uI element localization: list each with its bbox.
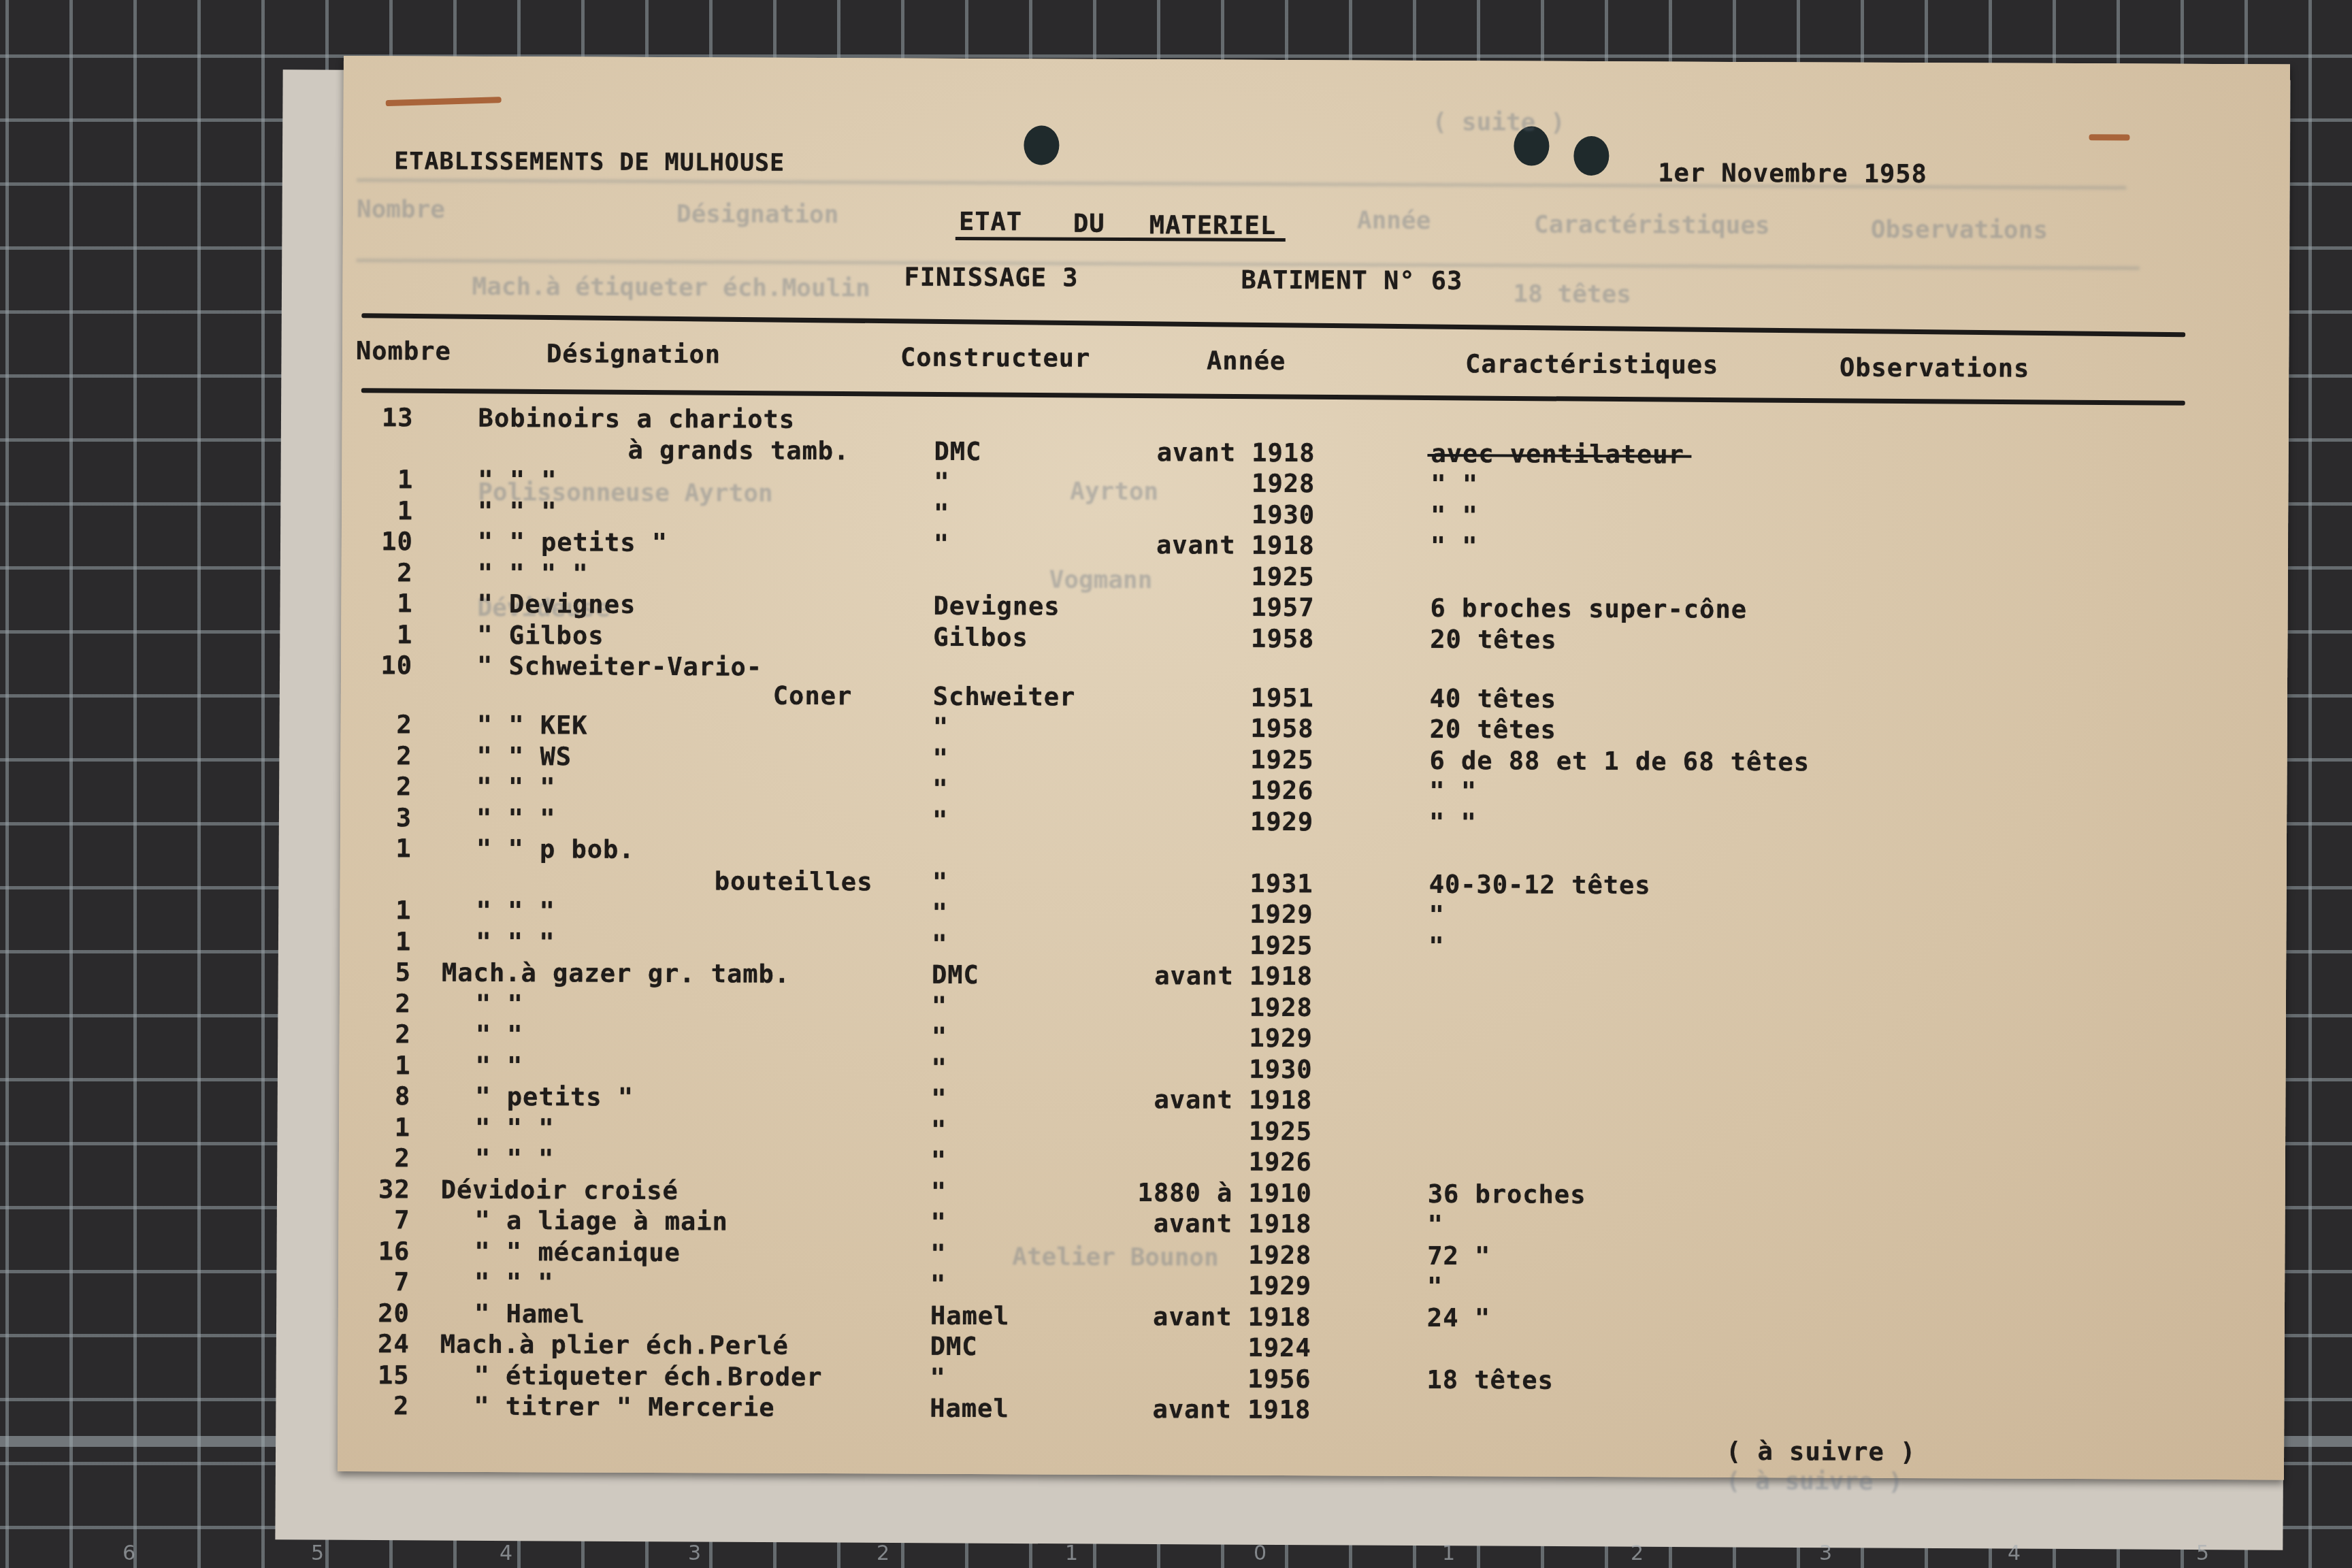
cell-designation: " " [476,989,523,1018]
cell-caracteristiques: 20 têtes [1430,715,1556,745]
cell-nombre: 10 [378,651,412,680]
cell-caracteristiques: " " [1431,500,1478,529]
cell-nombre: 1 [376,1113,410,1142]
table-row: 20" HamelHamelavant 191824 " [344,56,2290,64]
cell-designation: " " " [476,896,555,926]
table-row: 32Dévidoir croisé"1880 à 191036 broches [344,56,2290,64]
table-row: 8" petits ""avant 1918 [344,56,2290,64]
cell-caracteristiques: " " [1429,807,1477,836]
cell-constructeur: " [932,1022,947,1051]
table-row: 10" " petits ""avant 1918" " [344,56,2290,64]
table-row: bouteilles"193140-30-12 têtes [344,56,2290,64]
cell-constructeur: " [932,929,947,958]
continued-footer: ( à suivre ) [1726,1437,1916,1467]
table-row: 1" " ""1925" [344,56,2290,64]
cell-constructeur: Hamel [930,1301,1010,1330]
mat-scale-number: 0 [1254,1541,1267,1565]
cell-constructeur: " [931,1084,947,1113]
bleed-through-header: Désignation [676,200,839,229]
table-row: 1" " ""1928" " [344,56,2290,64]
cell-nombre: 32 [376,1175,410,1204]
cell-nombre: 8 [376,1081,410,1111]
document-title-word: DU [1073,209,1105,238]
cell-nombre: 7 [376,1267,410,1296]
mat-scale-number: 5 [2196,1541,2209,1565]
cell-caracteristiques: 72 " [1427,1241,1490,1270]
cell-nombre: 5 [377,958,411,987]
cell-caracteristiques: " " [1431,532,1478,561]
table-row: 2" " " "1925 [344,56,2290,64]
cell-annee: 1930 [1026,1053,1312,1084]
cell-nombre: 1 [378,834,412,863]
cell-constructeur: Gilbos [933,622,1028,652]
table-row: 15" étiqueter éch.Broder"195618 têtes [344,56,2290,64]
table-row: 2" " ""1926" " [344,56,2290,64]
mat-scale-number: 1 [1065,1541,1078,1565]
cell-annee: 1880 à 1910 [1026,1177,1312,1208]
cell-nombre: 2 [378,741,412,770]
cell-designation: " " " [478,496,557,526]
cell-caracteristiques: " " [1431,470,1478,499]
cell-designation: " Schweiter-Vario- [477,651,762,682]
bleed-through-header: Caractéristiques [1534,211,1770,240]
cell-annee: avant 1918 [1027,960,1313,991]
bleed-through-footer: ( à suivre ) [1726,1467,1903,1496]
cell-designation: " " " [476,772,556,802]
cell-nombre: 2 [378,710,412,739]
cell-annee: avant 1918 [1026,1208,1311,1239]
cell-nombre: 1 [376,1051,410,1080]
cell-nombre: 20 [376,1298,410,1328]
cell-nombre: 2 [376,1143,410,1173]
cell-caracteristiques: 20 têtes [1430,624,1556,654]
bleed-through-header: Nombre [357,195,445,224]
cell-annee: 1957 [1028,591,1314,622]
mat-scale-number: 5 [311,1541,324,1565]
cell-nombre: 2 [377,1019,411,1049]
cell-designation: " " " [475,1113,555,1143]
cell-designation: " " " [476,927,555,957]
table-row: 2" ""1929 [344,56,2290,64]
cell-nombre: 1 [377,896,411,925]
cell-caracteristiques: 24 " [1427,1303,1490,1332]
cell-annee: avant 1918 [1029,529,1315,560]
column-header: Observations [1840,353,2029,383]
cell-nombre: 1 [377,927,411,956]
cell-nombre: 1 [378,589,412,618]
mat-scale-number: 2 [877,1541,889,1565]
cell-constructeur: Hamel [930,1394,1009,1424]
cell-nombre: 2 [377,989,411,1018]
mat-scale-number: 3 [688,1541,701,1565]
column-header: Constructeur [900,343,1090,373]
table-row: 10" Schweiter-Vario- [344,56,2290,64]
cell-constructeur: " [932,743,948,772]
table-row: 16" " mécanique"192872 " [344,56,2290,64]
cell-nombre: 24 [376,1329,410,1358]
cell-designation: " " p bob. [476,834,635,864]
cell-annee: 1925 [1026,1115,1312,1146]
bleed-through-text: ( suite ) [1433,108,1565,137]
title-underline [955,237,1286,242]
table-row: 1" DevignesDevignes19576 broches super-c… [344,56,2290,64]
cell-annee: 1925 [1028,744,1313,774]
bleed-through-text: Mach.à étiqueter éch.Moulin [472,273,870,303]
table-row: 2" ""1928 [344,56,2290,64]
cell-caracteristiques: 6 de 88 et 1 de 68 têtes [1429,745,1810,776]
cell-designation: " " [475,1051,523,1080]
cell-constructeur: " [932,991,947,1020]
table-row: à grands tamb.DMCavant 1918avec ventilat… [344,56,2290,64]
table-row: 5Mach.à gazer gr. tamb.DMCavant 1918 [344,56,2290,64]
table-top-rule [361,313,2185,337]
cell-designation: " " " [474,1268,554,1298]
cell-constructeur: " [930,1239,946,1268]
cell-designation: " Gilbos [477,620,604,650]
cell-designation: " " " [476,803,556,833]
cell-annee: 1926 [1028,774,1313,805]
table-header-row: NombreDésignationConstructeurAnnéeCaract… [344,56,2290,64]
cell-nombre: 1 [379,496,413,525]
cell-annee: 1929 [1028,806,1313,836]
cell-constructeur: " [930,1270,946,1299]
column-header: Nombre [356,336,451,366]
document-title-word: MATERIEL [1149,210,1276,240]
document-date: 1er Novembre 1958 [1658,158,1927,189]
cell-constructeur: DMC [934,436,981,465]
cell-designation: Bobinoirs a chariots [478,404,796,434]
inventory-table-body: 13Bobinoirs a chariotsà grands tamb.DMCa… [344,56,2290,64]
cell-caracteristiques: " [1428,931,1444,960]
cell-annee: 1928 [1026,1239,1311,1270]
cell-nombre: 13 [380,403,414,432]
mat-scale-number: 2 [1631,1541,1644,1565]
cell-caracteristiques: 40-30-12 têtes [1429,869,1651,899]
table-row: 1" GilbosGilbos195820 têtes [344,56,2290,64]
cell-annee: 1929 [1027,1022,1313,1053]
cell-designation: " étiqueter éch.Broder [474,1360,822,1391]
cell-nombre: 16 [376,1237,410,1266]
mat-scale-number: 6 [122,1541,135,1565]
cell-constructeur: " [933,713,949,742]
cell-constructeur: " [934,468,949,497]
column-header: Année [1207,346,1286,376]
cell-designation: " " " " [478,558,589,588]
table-row: 1" " ""1925 [344,56,2290,64]
cell-annee: avant 1918 [1025,1394,1311,1424]
cell-nombre: 2 [375,1391,409,1420]
cell-annee: 1926 [1026,1146,1312,1177]
cell-nombre: 2 [379,558,413,587]
cell-annee: avant 1918 [1026,1301,1311,1332]
cell-designation: " titrer " Mercerie [474,1392,774,1422]
cell-constructeur: " [932,867,948,896]
cell-designation: Mach.à plier éch.Perlé [440,1330,789,1360]
cell-caracteristiques: " [1427,1210,1443,1239]
document-title-word: ETAT [959,207,1022,236]
cell-designation: bouteilles [715,866,873,896]
table-row: 1" " ""1929" [344,56,2290,64]
cell-designation: " Hamel [474,1298,585,1328]
cell-designation: " " petits " [478,527,668,557]
cell-annee: 1958 [1028,623,1314,653]
cell-annee: avant 1918 [1029,437,1315,468]
staple-icon [386,97,502,106]
staple-icon [2089,134,2129,140]
department-label: FINISSAGE 3 [904,263,1078,293]
cell-designation: Dévidoir croisé [441,1175,679,1205]
table-row: 7" a liage à main"avant 1918" [344,56,2290,64]
table-row: 24Mach.à plier éch.PerléDMC1924 [344,56,2290,64]
mat-scale-number: 4 [500,1541,512,1565]
cell-designation: " a liage à main [474,1206,728,1237]
cell-constructeur: " [934,498,949,527]
cell-caracteristiques: " [1428,900,1444,930]
cell-nombre: 15 [375,1360,409,1390]
cell-constructeur: " [932,898,947,928]
cell-annee: 1928 [1029,468,1315,498]
mat-scale-number: 1 [1442,1541,1455,1565]
cell-designation: " " WS [476,741,572,771]
cell-designation: " " " [478,465,557,495]
cell-designation: " petits " [475,1082,634,1112]
cell-constructeur: " [931,1053,947,1082]
cell-constructeur: " [931,1115,947,1144]
table-row: 7" " ""1929" [344,56,2290,64]
document-page: ( suite ) Nombre Désignation Année Carac… [338,56,2290,1480]
cell-annee: 1958 [1028,713,1314,743]
cell-annee: 1931 [1028,868,1313,898]
column-header: Caractéristiques [1465,349,1719,380]
cell-constructeur: DMC [932,960,979,990]
table-row: 1" " p bob. [344,56,2290,64]
table-row: 1" " ""1930" " [344,56,2290,64]
bleed-through-header: Année [1357,206,1431,234]
table-row: 2" " WS"19256 de 88 et 1 de 68 têtes [344,56,2290,64]
cell-constructeur: " [930,1208,946,1237]
cell-nombre: 1 [378,620,412,649]
table-row: 3" " ""1929" " [344,56,2290,64]
cell-nombre: 3 [378,803,412,832]
cell-constructeur: " [932,774,948,804]
punch-hole-icon [1573,136,1609,176]
cell-constructeur: " [932,805,948,834]
cell-caracteristiques: 40 têtes [1430,683,1556,713]
cell-constructeur: " [931,1177,947,1206]
cell-annee: 1956 [1025,1363,1311,1394]
table-row: 1" ""1930 [344,56,2290,64]
cell-constructeur: " [931,1146,947,1175]
table-row: ConerSchweiter195140 têtes [344,56,2290,64]
cell-annee: avant 1918 [1026,1084,1312,1115]
cell-caracteristiques: 36 broches [1428,1179,1586,1209]
table-row: 2" " ""1926 [344,56,2290,64]
cell-annee: 1924 [1026,1332,1311,1362]
mat-scale-number: 4 [2008,1541,2021,1565]
company-name: ETABLISSEMENTS DE MULHOUSE [394,148,785,177]
cell-annee: 1928 [1027,992,1313,1022]
cell-caracteristiques: " " [1429,777,1477,806]
cell-annee: 1929 [1026,1270,1311,1301]
cell-nombre: 10 [379,527,413,556]
cell-annee: 1925 [1027,930,1313,960]
cell-constructeur: " [930,1362,945,1392]
column-header: Désignation [546,339,721,369]
table-header-rule [361,388,2185,406]
cell-caracteristiques: 18 têtes [1426,1365,1553,1394]
cell-annee: 1930 [1029,499,1315,529]
cell-annee: 1925 [1029,561,1315,591]
cell-constructeur: DMC [930,1332,978,1361]
cell-designation: Coner [773,681,853,710]
cell-designation: " Devignes [477,589,636,619]
cell-designation: " " " [475,1144,555,1174]
cell-designation: " " KEK [477,710,588,740]
cell-nombre: 7 [376,1205,410,1235]
cell-designation: Mach.à gazer gr. tamb. [442,958,790,989]
table-row: 13Bobinoirs a chariots [344,56,2290,64]
bleed-through-header: Observations [1871,216,2048,244]
cell-annee: 1951 [1028,682,1314,713]
cell-designation: " " [476,1020,523,1049]
cell-constructeur: " [934,529,949,559]
punch-hole-icon [1024,125,1059,165]
building-label: BATIMENT N° 63 [1241,265,1463,295]
cell-nombre: 1 [379,465,413,494]
mat-scale-number: 3 [1819,1541,1832,1565]
cell-designation: " " mécanique [474,1237,681,1267]
cell-annee: 1929 [1027,898,1313,929]
table-row: 2" " KEK"195820 têtes [344,56,2290,64]
bleed-through-text: 18 têtes [1513,280,1631,309]
cell-caracteristiques: 6 broches super-cône [1430,593,1747,624]
cell-designation: à grands tamb. [627,435,849,465]
cell-caracteristiques: " [1427,1272,1443,1301]
table-row: 2" titrer " MercerieHamelavant 1918 [344,56,2290,64]
cell-nombre: 2 [378,772,412,801]
